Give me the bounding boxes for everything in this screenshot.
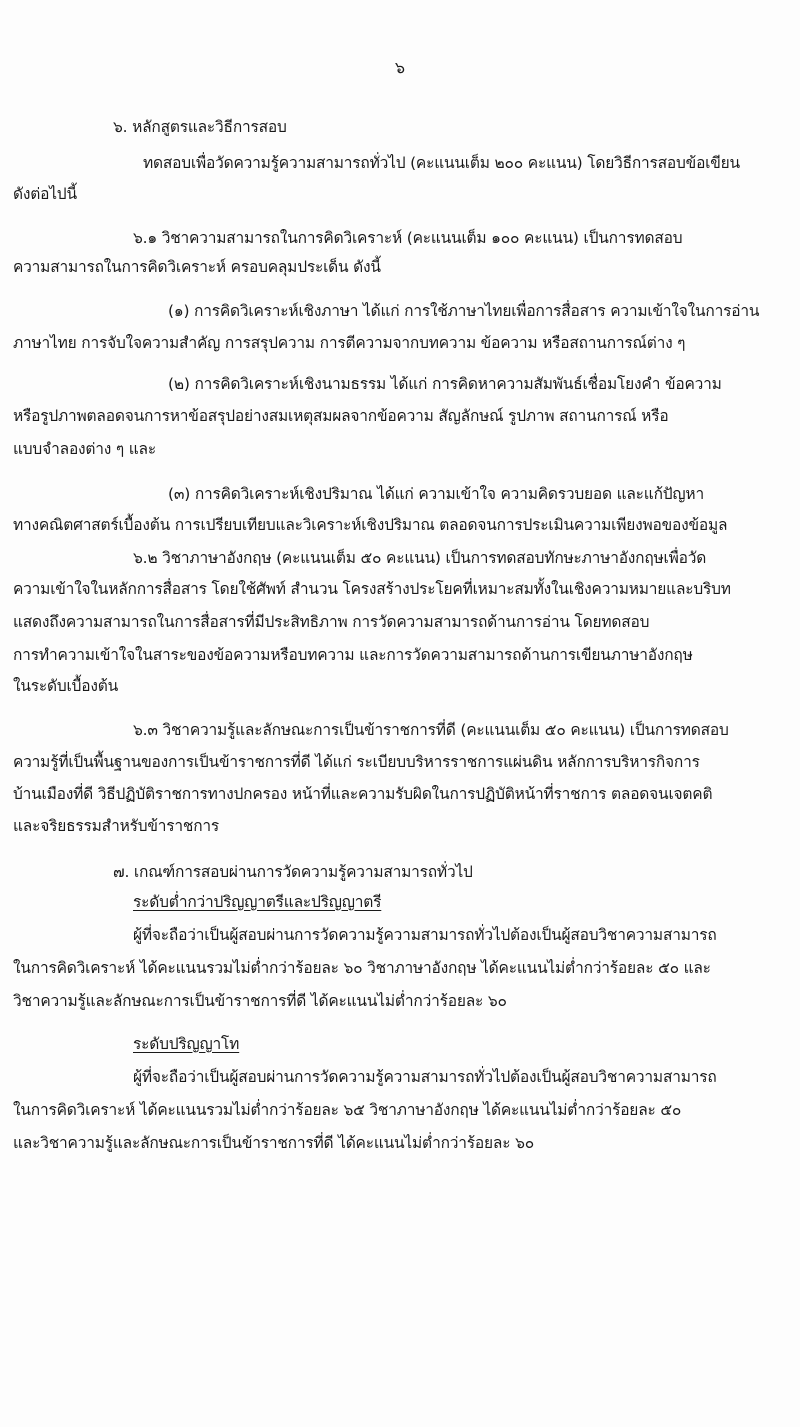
item-1-line: (๑) การคิดวิเคราะห์เชิงภาษา ได้แก่ การใช… [168,300,759,322]
item-3-line: (๓) การคิดวิเคราะห์เชิงปริมาณ ได้แก่ ควา… [168,483,704,505]
section-6-2-line: แสดงถึงความสามารถในการสื่อสารที่มีประสิท… [13,611,649,633]
section-6-3-line: บ้านเมืองที่ดี วิธีปฏิบัติราชการทางปกครอ… [13,783,712,805]
section-6-2-line: การทำความเข้าใจในสาระของข้อความหรือบทควา… [13,644,693,666]
level-master-line: ผู้ที่จะถือว่าเป็นผู้สอบผ่านการวัดความรู… [133,1066,717,1088]
item-1-line: ภาษาไทย การจับใจความสำคัญ การสรุปความ กา… [13,332,685,354]
item-2-line: หรือรูปภาพตลอดจนการหาข้อสรุปอย่างสมเหตุส… [13,405,668,427]
level-bachelor-line: วิชาความรู้และลักษณะการเป็นข้าราชการที่ด… [13,990,507,1012]
level-title-bachelor: ระดับต่ำกว่าปริญญาตรีและปริญญาตรี [133,891,381,913]
section-6-3-line: และจริยธรรมสำหรับข้าราชการ [13,815,219,837]
section-6-2-line: ความเข้าใจในหลักการสื่อสาร โดยใช้ศัพท์ ส… [13,578,731,600]
section-6-intro-line: ทดสอบเพื่อวัดความรู้ความสามารถทั่วไป (คะ… [143,152,790,174]
item-3-line: ทางคณิตศาสตร์เบื้องต้น การเปรียบเทียบและ… [13,514,727,536]
section-6-2-line: ๖.๒ วิชาภาษาอังกฤษ (คะแนนเต็ม ๕๐ คะแนน) … [133,547,706,569]
document-page: ๖ ๖. หลักสูตรและวิธีการสอบ ทดสอบเพื่อวัด… [0,0,800,1427]
level-master-line: และวิชาความรู้และลักษณะการเป็นข้าราชการท… [13,1132,534,1154]
section-6-1-line: ความสามารถในการคิดวิเคราะห์ ครอบคลุมประเ… [13,256,381,278]
level-master-line: ในการคิดวิเคราะห์ ได้คะแนนรวมไม่ต่ำกว่าร… [13,1099,681,1121]
level-bachelor-line: ในการคิดวิเคราะห์ ได้คะแนนรวมไม่ต่ำกว่าร… [13,957,711,979]
page-number: ๖ [0,56,800,81]
level-title-master: ระดับปริญญาโท [133,1033,239,1055]
section-7-heading: ๗. เกณฑ์การสอบผ่านการวัดความรู้ความสามาร… [113,861,473,883]
item-2-line: แบบจำลองต่าง ๆ และ [13,438,156,460]
level-bachelor-line: ผู้ที่จะถือว่าเป็นผู้สอบผ่านการวัดความรู… [133,924,717,946]
item-2-line: (๒) การคิดวิเคราะห์เชิงนามธรรม ได้แก่ กา… [168,373,722,395]
section-6-intro-line: ดังต่อไปนี้ [13,183,77,205]
section-6-heading: ๖. หลักสูตรและวิธีการสอบ [113,116,287,138]
section-6-3-line: ความรู้ที่เป็นพื้นฐานของการเป็นข้าราชการ… [13,751,700,773]
section-6-2-line: ในระดับเบื้องต้น [13,675,118,697]
section-6-1-line: ๖.๑ วิชาความสามารถในการคิดวิเคราะห์ (คะแ… [133,227,682,249]
section-6-3-line: ๖.๓ วิชาความรู้และลักษณะการเป็นข้าราชการ… [133,719,729,741]
